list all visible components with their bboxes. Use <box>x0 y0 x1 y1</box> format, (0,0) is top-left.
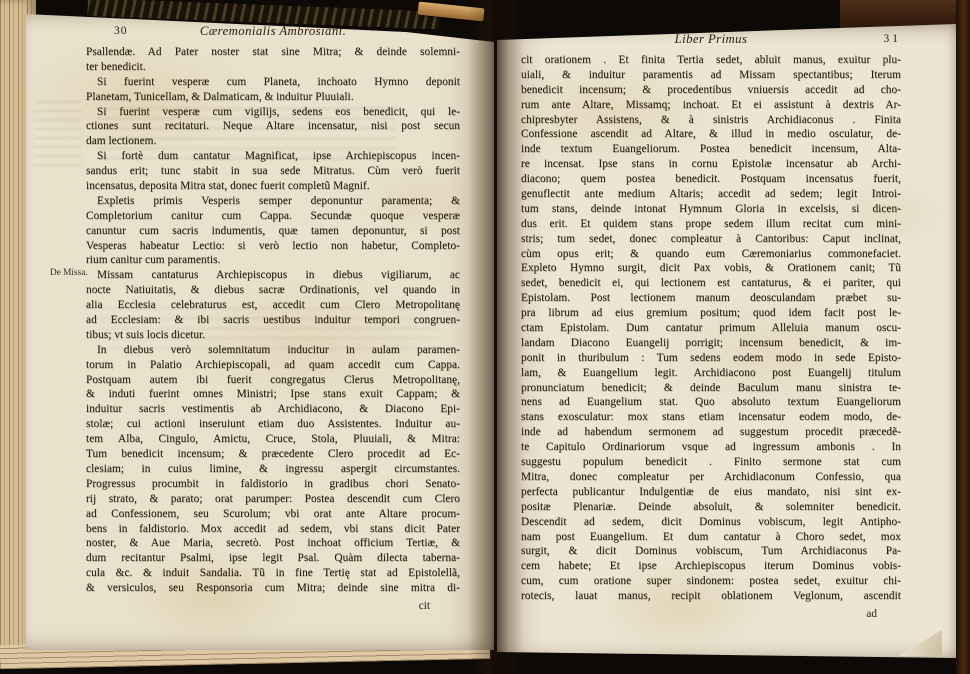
text-line: Missam cantaturus Archiepiscopus in dieb… <box>86 268 460 283</box>
text-line: stris; tum sedet, donec compleatur à Can… <box>521 232 901 247</box>
text-line: pra librum ad eius gremium positum; quod… <box>521 306 901 321</box>
text-line: Si fuerint vesperæ cum vigilijs, sedens … <box>86 105 460 120</box>
text-line: nens ad Euangelium stat. Quo absoluto te… <box>521 395 901 410</box>
left-page-number: 30 <box>114 25 128 37</box>
text-line: & induti fuerint omnes Ministri; Ipse st… <box>86 387 460 402</box>
text-line: te Capitulo Ordinariorum vsque ad ingres… <box>521 440 901 455</box>
text-line: In diebus verò solemnitatum inducitur in… <box>86 343 460 358</box>
text-line: ad Confessionem, seu Scurolum; vbi orat … <box>86 507 460 522</box>
text-line: dus erit. Et quidem stans prope sedem il… <box>521 217 901 232</box>
text-line: tibus; vt suis locis dicetur. <box>86 328 460 343</box>
text-line: noster, & Aue Maria, secretò. Post incho… <box>86 536 460 551</box>
text-line: ter benedicit. <box>86 60 460 75</box>
text-line: Planetam, Tunicellam, & Dalmaticam, & in… <box>86 90 460 105</box>
text-line: Si fuerint vesperæ cum Planeta, inchoato… <box>86 75 460 90</box>
text-line: Completorium canitur cum Cappa. Secundæ … <box>86 209 460 224</box>
text-line: ctiones sunt recitaturi. Neque Altare in… <box>86 119 460 134</box>
text-line: alia Ecclesia celebraturus est, accedit … <box>86 298 460 313</box>
text-line: landam Diacono Euangelij porrigit; incen… <box>521 336 901 351</box>
text-line: stolæ; cui actioni inseruiunt etiam duo … <box>86 417 460 432</box>
text-line: Si fortè dum cantatur Magnificat, ipse A… <box>86 149 460 164</box>
folded-corner <box>898 630 942 656</box>
text-line: ctam Epistolam. Dum cantatur primum Alle… <box>521 321 901 336</box>
text-line: rij strato, & parato; orat parumper: Pos… <box>86 492 460 507</box>
text-line: genuflectit ante medium Altaris; accedit… <box>521 187 901 202</box>
margin-note-de-missa: De Missa. <box>50 268 102 278</box>
right-page: Liber Primus 31 cit orationem . Et finit… <box>497 24 956 658</box>
text-line: tem Alba, Cingulo, Amictu, Cruce, Stola,… <box>86 432 460 447</box>
book-cover-edge <box>956 0 970 674</box>
text-line: pronunciatum benedicit; & deinde Baculum… <box>521 381 901 396</box>
text-line: sedet, benedicit ei, qui lectionem est c… <box>521 276 901 291</box>
text-line: nocte Natiuitatis, & diebus sacræ Ordina… <box>86 283 460 298</box>
text-line: Vesperas habeatur Lectio: si verò lectio… <box>86 239 460 254</box>
text-line: dum recitantur Psalmi, ipse legit Psal. … <box>86 551 460 566</box>
right-running-header: Liber Primus 31 <box>521 32 901 50</box>
text-line: rotecis, lauat manus, recipit oblationem… <box>521 589 901 604</box>
left-page-lines: Psallendæ. Ad Pater noster stat sine Mit… <box>86 45 460 596</box>
text-line: ponit in thuribulum : Tum sedens eodem m… <box>521 351 901 366</box>
text-line: surgit, & dicit Dominus vobiscum, Tum Ar… <box>521 544 901 559</box>
text-line: canuntur cum sacris indumentis, quæ tame… <box>86 224 460 239</box>
text-line: Psallendæ. Ad Pater noster stat sine Mit… <box>86 45 460 60</box>
text-line: cula &c. & induit Sandalia. Tũ in fine T… <box>86 566 460 581</box>
text-line: nam post Euangelium. Et dum cantatur à C… <box>521 530 901 545</box>
text-line: Expleto Hymno surgit, dicit Pax vobis, &… <box>521 261 901 276</box>
text-line: cum, cum oratione super sindonem: postea… <box>521 574 901 589</box>
text-line: rium canitur cum paramentis. <box>86 253 460 268</box>
right-catchword: ad <box>521 608 901 620</box>
text-line: lam, & Euangelium legit. Archidiacono po… <box>521 366 901 381</box>
right-page-number: 31 <box>884 33 902 45</box>
ink-bleedthrough <box>34 94 82 166</box>
text-line: Epistolam. Post lectionem manum deoscula… <box>521 291 901 306</box>
text-line: inde textum Euangeliorum. Postea benedic… <box>521 142 901 157</box>
text-line: benedicit incensum; & procedentibus vniu… <box>521 83 901 98</box>
text-line: perfecta publicantur Indulgentiæ de eius… <box>521 485 901 500</box>
text-line: ad Ecclesiam: & ibi sacris uestibus indu… <box>86 313 460 328</box>
text-line: rum ante Altare, Missamq; inchoat. Et ei… <box>521 98 901 113</box>
text-line: positæ Plenariæ. Deinde absoluit, & sole… <box>521 500 901 515</box>
left-page-text: 30 Cæremonialis Ambrosiani. Psallendæ. A… <box>86 24 460 612</box>
text-line: torum in Palatio Archiepiscopali, ad qua… <box>86 358 460 373</box>
text-line: Mitra, donec compleatur per Archidiaconu… <box>521 470 901 485</box>
text-line: tum stans, deinde intonat Hymnum Gloria … <box>521 202 901 217</box>
text-line: re incensat. Ipse stans in cornu Epistol… <box>521 157 901 172</box>
right-page-text: Liber Primus 31 cit orationem . Et finit… <box>521 32 901 620</box>
text-line: Tum benedicit incensum; & præcedente Cle… <box>86 447 460 462</box>
text-line: Confessione ascendit ad Altare, & illud … <box>521 127 901 142</box>
text-line: inde ad habendum sermonem ad suggestum p… <box>521 425 901 440</box>
text-line: Expletis primis Vesperis semper deponunt… <box>86 194 460 209</box>
text-line: dam lectionem. <box>86 134 460 149</box>
text-line: clesiam; in cuius limine, & ingressu asp… <box>86 462 460 477</box>
right-header-title: Liber Primus <box>675 32 748 46</box>
text-line: cit orationem . Et finita Tertia sedet, … <box>521 53 901 68</box>
text-line: Postquam autem ibi fuerit congregatus Cl… <box>86 373 460 388</box>
text-line: bens in faldistorio. Mox accedit ad sede… <box>86 522 460 537</box>
text-line: & versiculos, seu Responsoria cum Mitra;… <box>86 581 460 596</box>
text-line: diacono; quem postea benedicit. Postquam… <box>521 172 901 187</box>
text-line: induitur sacris vestimentis ab Archidiac… <box>86 402 460 417</box>
right-page-lines: cit orationem . Et finita Tertia sedet, … <box>521 53 901 604</box>
text-line: uiali, & induitur paramentis ad Missam s… <box>521 68 901 83</box>
text-line: chipresbyter Assistens, & à sinistris Ar… <box>521 113 901 128</box>
text-line: Progressus procumbit in faldistorio in g… <box>86 477 460 492</box>
text-line: incensatus, deposita Mitra stat, donec f… <box>86 179 460 194</box>
text-line: cùm opus erit; & quando eum Cæremoniariu… <box>521 247 901 262</box>
text-line: stans exosculatur: mox stans etiam incen… <box>521 410 901 425</box>
left-catchword: cit <box>86 600 460 612</box>
text-line: cem habete; Et ipse Archiepiscopus iteru… <box>521 559 901 574</box>
left-page: 30 Cæremonialis Ambrosiani. Psallendæ. A… <box>26 8 494 650</box>
text-line: suggestu populum benedicit . Finito serm… <box>521 455 901 470</box>
text-line: sandus erit; tunc stabit in sua sede Mit… <box>86 164 460 179</box>
left-header-title: Cæremonialis Ambrosiani. <box>200 24 346 38</box>
book-photo: 30 Cæremonialis Ambrosiani. Psallendæ. A… <box>0 0 970 674</box>
text-line: Descendit ad sedem, dicit Dominus vobisc… <box>521 515 901 530</box>
